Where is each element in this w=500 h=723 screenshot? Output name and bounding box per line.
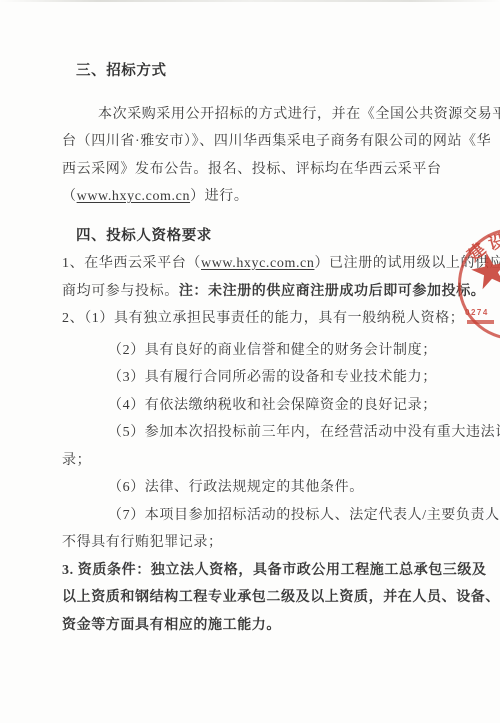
paren-open: （ (62, 189, 77, 204)
item2-sub2: （2）具有良好的商业信誉和健全的财务会计制度； (62, 337, 464, 365)
item2-sub6: （6）法律、行政法规规定的其他条件。 (62, 474, 464, 502)
item2-sub7-line2: 不得具有行贿犯罪记录； (62, 529, 464, 557)
scanned-document-page: 三、招标方式 本次采购采用公开招标的方式进行，并在《全国公共资源交易平 台（四川… (0, 0, 500, 723)
section3-paragraph-line1: 本次采购采用公开招标的方式进行，并在《全国公共资源交易平 (62, 101, 464, 129)
paren-close-text: ）进行。 (190, 189, 248, 204)
section4-heading: 四、投标人资格要求 (62, 223, 464, 251)
item2-sub7-line1: （7）本项目参加招标活动的投标人、法定代表人/主要负责人 (62, 502, 464, 530)
item1-line1-pre: 1、在华西云采平台（ (62, 256, 201, 271)
item2-sub5-line1: （5）参加本次招投标前三年内，在经营活动中没有重大违法记 (62, 419, 464, 447)
item1-line1-post: ）已注册的试用级以上的供应 (314, 256, 500, 271)
seal-serial-number: 0274 (465, 309, 489, 317)
item3-line3: 资金等方面具有相应的施工能力。 (62, 612, 464, 640)
item1-line2: 商均可参与投标。注：未注册的供应商注册成功后即可参加投标。 (62, 278, 464, 306)
item1-line2-normal: 商均可参与投标。 (62, 284, 179, 299)
item2-sub5-line2: 录； (62, 447, 464, 475)
document-body: 三、招标方式 本次采购采用公开招标的方式进行，并在《全国公共资源交易平 台（四川… (62, 58, 464, 639)
item2-sub4: （4）有依法缴纳税收和社会保障资金的良好记录； (62, 392, 464, 420)
item3-line2: 以上资质和钢结构工程专业承包二级及以上资质，并在人员、设备、 (62, 584, 464, 612)
item1-line1: 1、在华西云采平台（www.hxyc.com.cn）已注册的试用级以上的供应 (62, 250, 464, 278)
section3-paragraph-line2: 台（四川省·雅安市）》、四川华西集采电子商务有限公司的网站《华 (62, 128, 464, 156)
item3-line1: 3. 资质条件：独立法人资格，具备市政公用工程施工总承包三级及 (62, 557, 464, 585)
item2-line1: 2、（1）具有独立承担民事责任的能力，具有一般纳税人资格； (62, 305, 464, 333)
section3-paragraph-line4: （www.hxyc.com.cn）进行。 (62, 183, 464, 211)
seal-character-partial: 设 (485, 226, 500, 255)
item2-sub3: （3）具有履行合同所必需的设备和专业技术能力； (62, 364, 464, 392)
item1-note-bold: 注：未注册的供应商注册成功后即可参加投标。 (179, 284, 486, 299)
seal-serial-underbar (467, 320, 494, 324)
platform-url-text: www.hxyc.com.cn (201, 256, 314, 271)
platform-url-text: www.hxyc.com.cn (77, 189, 190, 204)
section3-heading: 三、招标方式 (62, 58, 464, 86)
scan-edge-artifact (0, 0, 500, 2)
section3-paragraph-line3: 西云采网》发布公告。报名、投标、评标均在华西云采平台 (62, 156, 464, 184)
